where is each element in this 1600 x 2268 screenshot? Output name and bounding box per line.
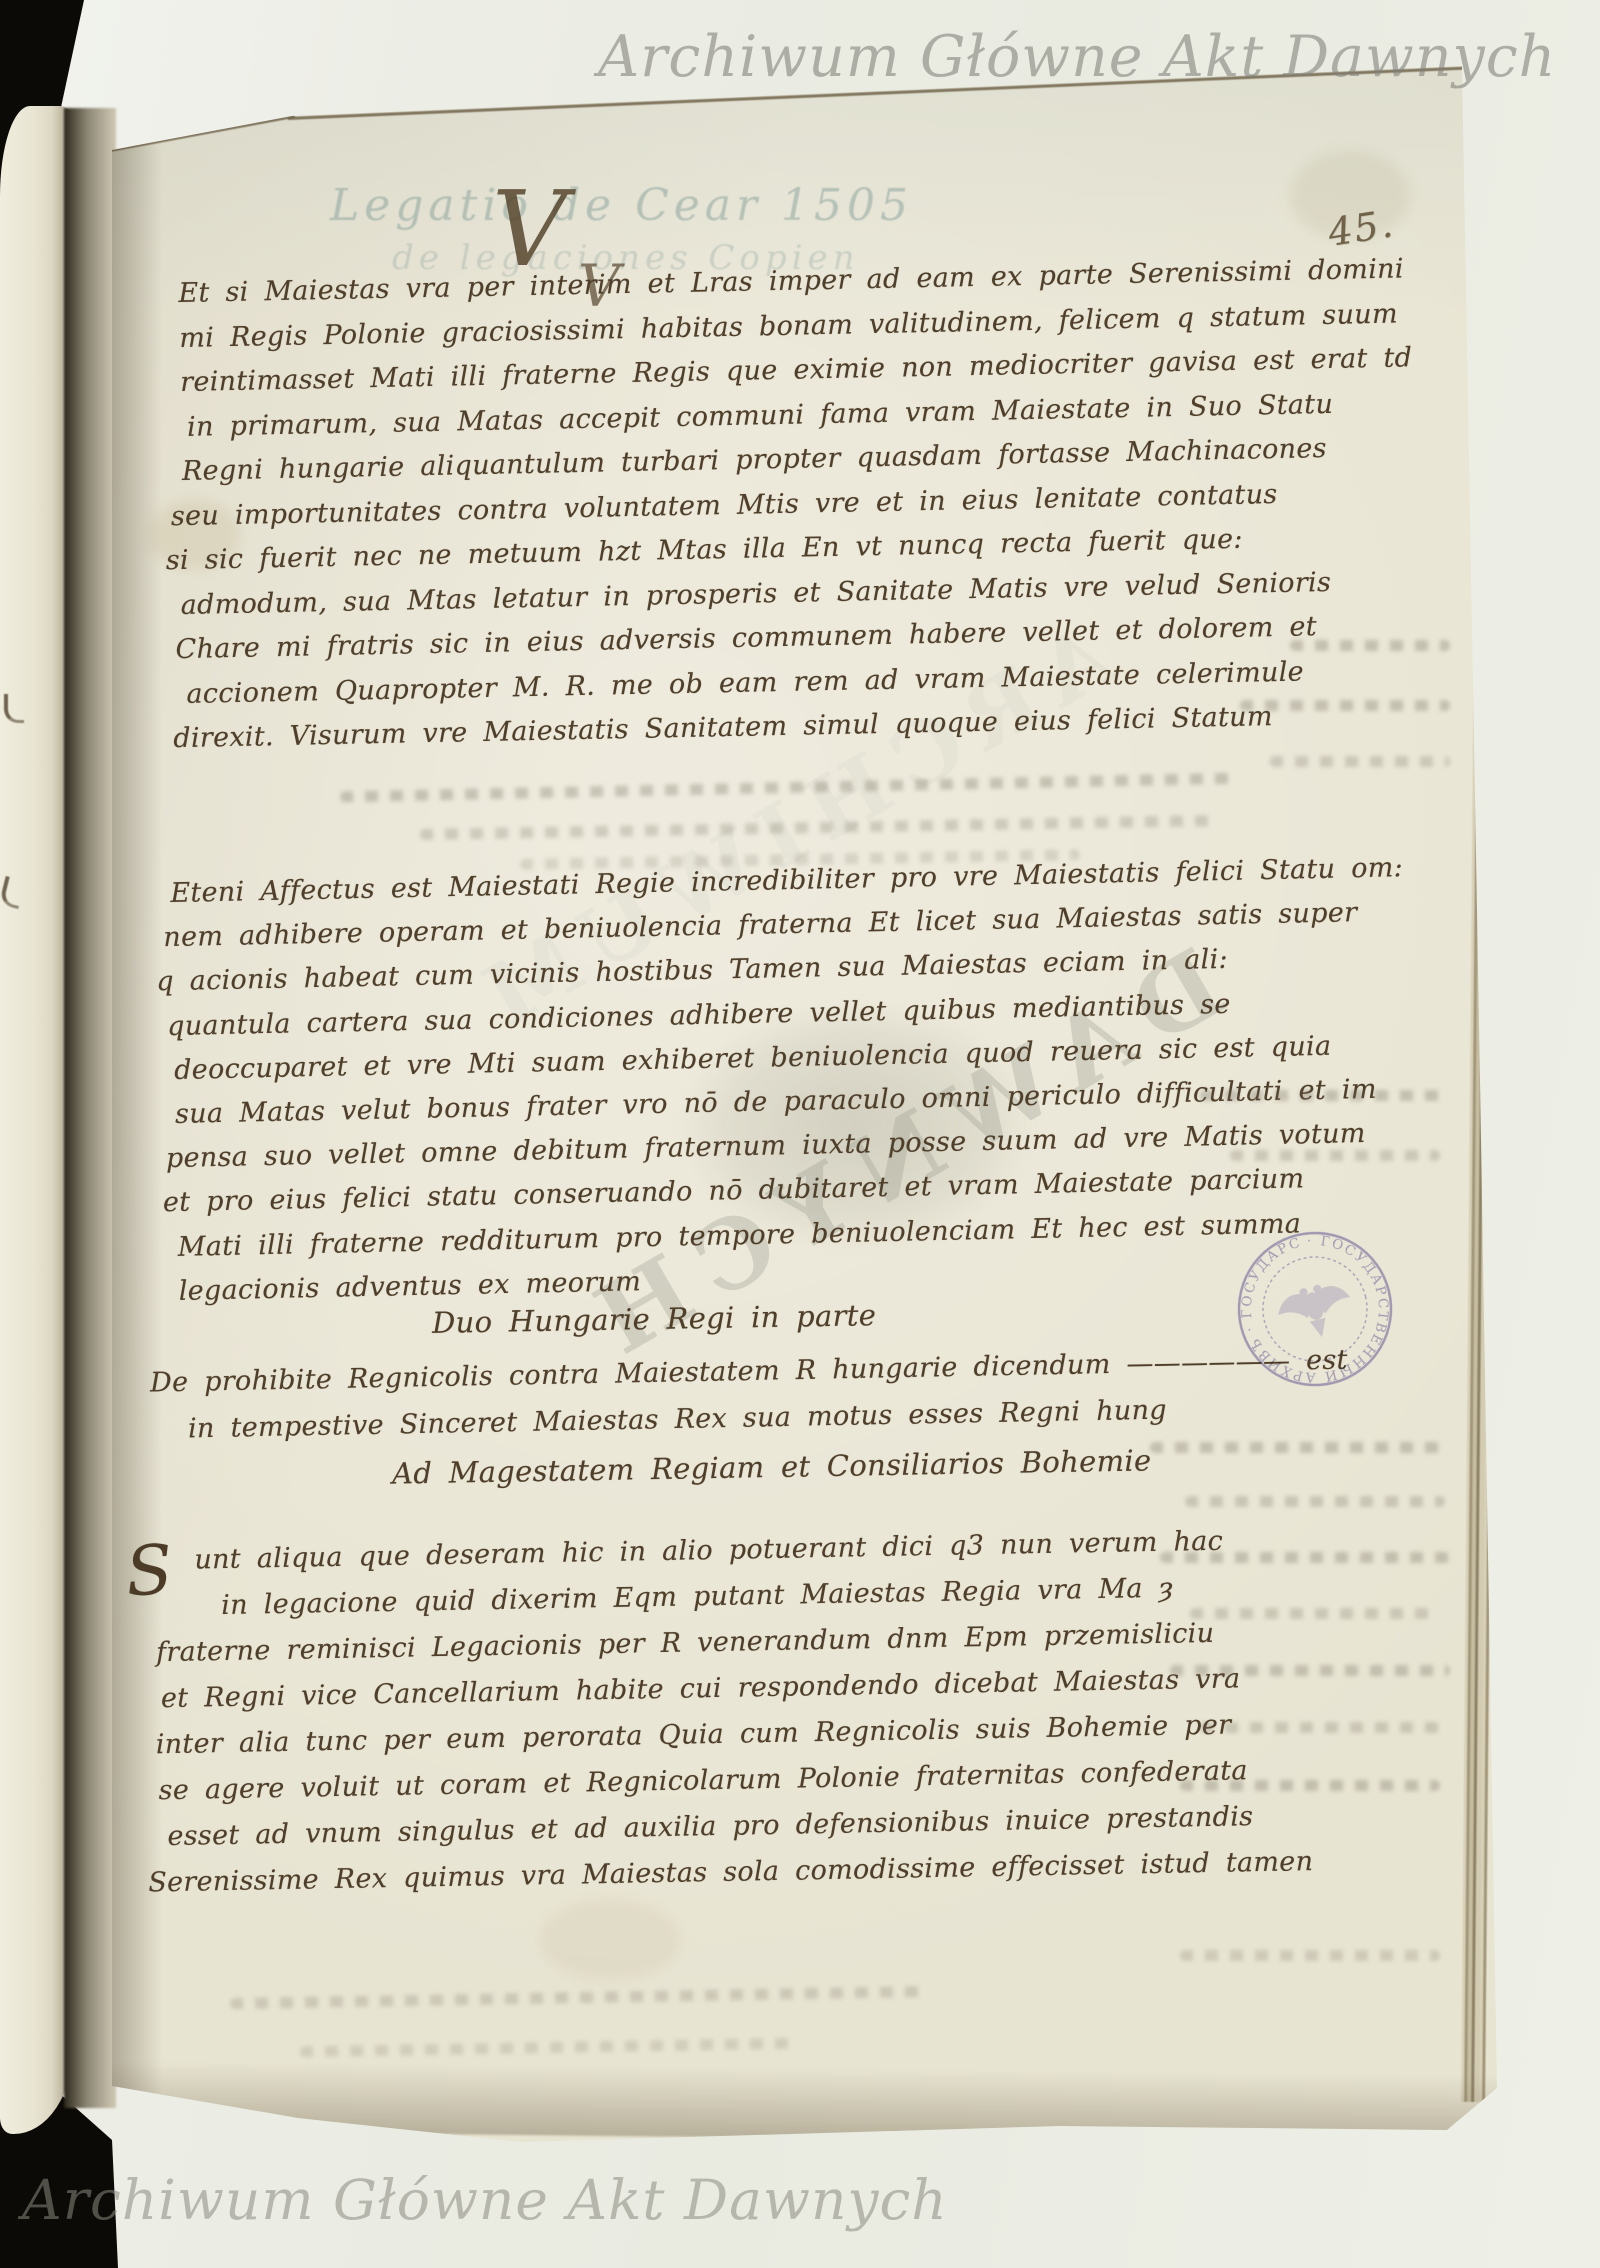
archive-watermark-bottom: Archiwum Główne Akt Dawnych (22, 2168, 948, 2232)
ink-bleed-through (1200, 1090, 1450, 1101)
manuscript-paragraph-2: Eteni Affectus est Maiestati Regie incre… (170, 846, 1412, 1314)
ink-bleed-through (1190, 1608, 1440, 1619)
ink-bleed-through (1185, 1496, 1445, 1507)
ink-mark (4, 694, 24, 723)
archive-watermark-top: Archiwum Główne Akt Dawnych (598, 24, 1556, 90)
ink-mark (0, 876, 25, 909)
ink-bleed-through (1150, 1442, 1450, 1453)
paper-stain (540, 1900, 680, 1980)
ink-bleed-through (1290, 640, 1450, 651)
manuscript-paragraph-1: Et si Maiestas vra per interim et Lras i… (178, 247, 1420, 761)
book-left-pages-edge (0, 106, 74, 2134)
manuscript-line: in tempestive Sinceret Maiestas Rex sua … (188, 1395, 1167, 1445)
ink-bleed-through (1180, 1780, 1440, 1791)
manuscript-line: De prohibite Regnicolis contra Maiestate… (150, 1345, 1348, 1399)
ink-bleed-through (1170, 1665, 1450, 1676)
gutter-shadow (64, 108, 116, 2108)
ink-bleed-through (1240, 700, 1450, 711)
manuscript-page: DAWNYCH ARCHIWUM Legatio de Cear 1505 de… (0, 0, 1600, 2268)
ink-bleed-through (230, 1986, 930, 2009)
scanned-manuscript-viewer: { "watermark": { "text": "Archiwum Główn… (0, 0, 1600, 2268)
stamp-eagle-emblem (1274, 1278, 1358, 1346)
section-heading: Duo Hungarie Regi in parte (432, 1298, 877, 1340)
page-gutter-shadow (110, 140, 162, 2096)
ghost-title-line: Legatio de Cear 1505 (330, 180, 913, 231)
ink-bleed-through (1200, 1722, 1440, 1733)
ink-bleed-through (1270, 756, 1450, 767)
manuscript-paragraph-3: unt aliqua que deseram hic in alio potue… (168, 1517, 1314, 1906)
ink-bleed-through (300, 2038, 800, 2058)
ink-bleed-through (1180, 1950, 1440, 1961)
section-heading: Ad Magestatem Regiam et Consiliarios Boh… (392, 1443, 1152, 1490)
ink-bleed-through (1160, 1552, 1450, 1563)
ink-bleed-through (1230, 1150, 1440, 1161)
